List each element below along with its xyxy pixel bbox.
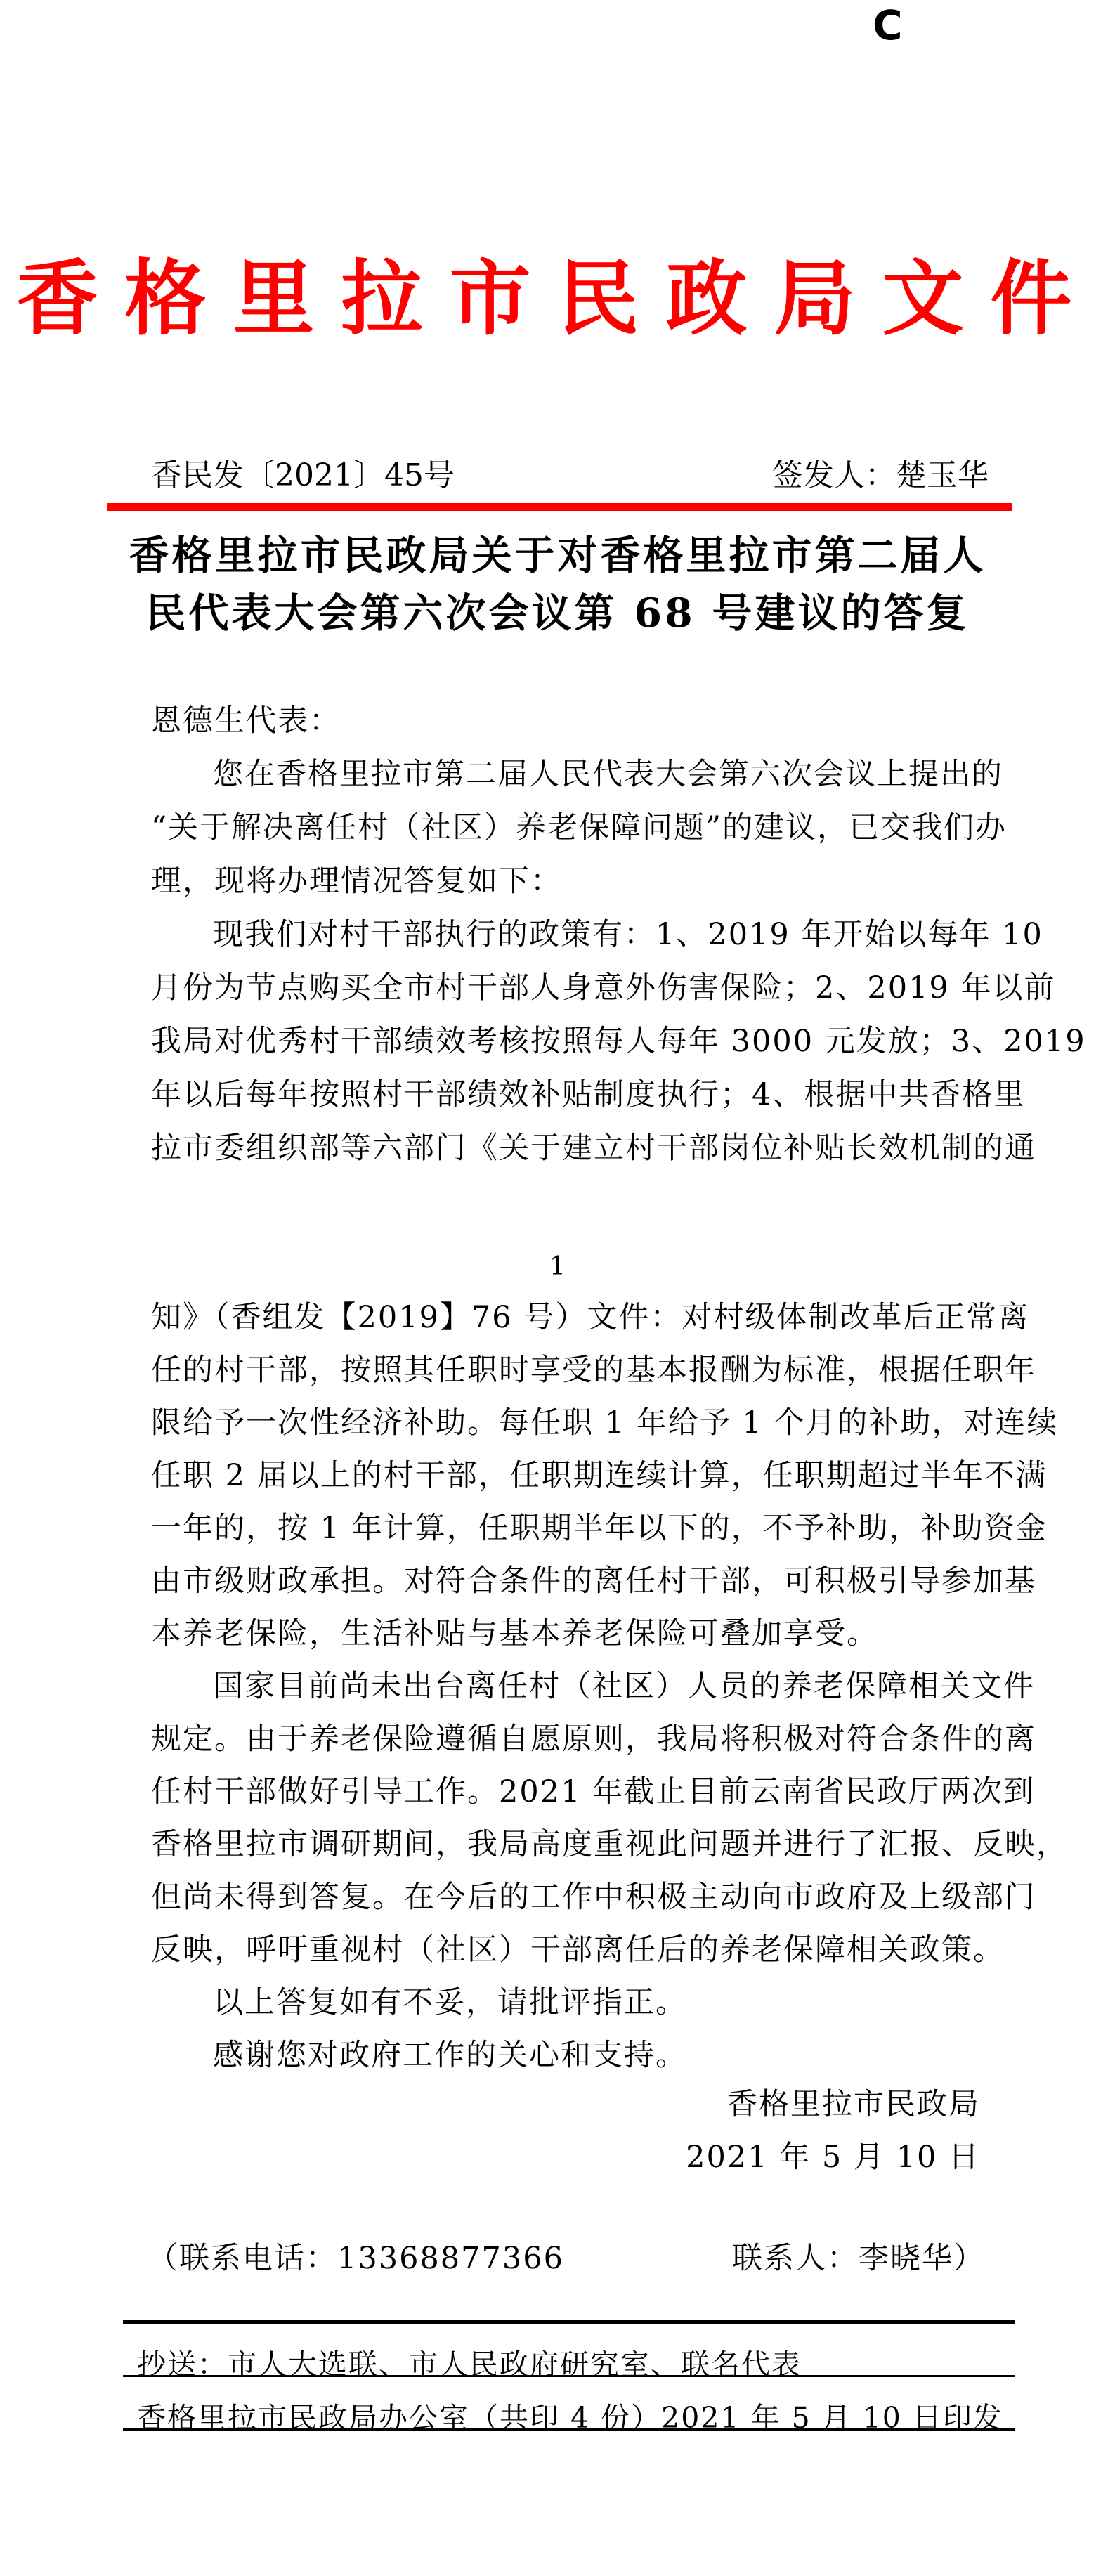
- body-line: 年以后每年按照村干部绩效补贴制度执行；4、根据中共香格里: [151, 1068, 987, 1121]
- body-line: 本养老保险，生活补贴与基本养老保险可叠加享受。: [151, 1608, 987, 1660]
- body-line: 感谢您对政府工作的关心和支持。: [151, 2029, 987, 2082]
- body-line: 任职 2 届以上的村干部，任职期连续计算，任职期超过半年不满: [151, 1450, 987, 1502]
- document-title: 香格里拉市民政局关于对香格里拉市第二届人 民代表大会第六次会议第 68 号建议的…: [0, 527, 1115, 642]
- page-number: 1: [0, 1252, 1115, 1281]
- document-title-line1: 香格里拉市民政局关于对香格里拉市第二届人: [0, 527, 1115, 585]
- body-line: 一年的，按 1 年计算，任职期半年以下的，不予补助，补助资金: [151, 1502, 987, 1555]
- body-line: 现我们对村干部执行的政策有：1、2019 年开始以每年 10: [151, 908, 987, 961]
- body-page1: 恩德生代表： 您在香格里拉市第二届人民代表大会第六次会议上提出的 “关于解决离任…: [151, 694, 987, 1175]
- document-page: C 香格里拉市民政局文件 香民发〔2021〕45号 签发人：楚玉华 香格里拉市民…: [0, 0, 1115, 2576]
- body-line: 我局对优秀村干部绩效考核按照每人每年 3000 元发放；3、2019: [151, 1015, 987, 1068]
- signature-block: 香格里拉市民政局 2021 年 5 月 10 日: [151, 2079, 980, 2184]
- doc-number: 香民发〔2021〕45号: [151, 450, 455, 495]
- body-line: 但尚未得到答复。在今后的工作中积极主动向市政府及上级部门: [151, 1871, 987, 1924]
- contact-phone: （联系电话：13368877366: [148, 2235, 564, 2277]
- body-line: 任的村干部，按照其任职时享受的基本报酬为标准，根据任职年: [151, 1344, 987, 1397]
- doc-number-row: 香民发〔2021〕45号 签发人：楚玉华: [151, 450, 989, 495]
- body-line: 限给予一次性经济补助。每任职 1 年给予 1 个月的补助，对连续: [151, 1397, 987, 1450]
- body-line: 国家目前尚未出台离任村（社区）人员的养老保障相关文件: [151, 1660, 987, 1713]
- org-letterhead-title: 香格里拉市民政局文件: [0, 233, 1115, 351]
- footer-rule-middle: [123, 2375, 1015, 2377]
- body-line: 知》（香组发【2019】76 号）文件：对村级体制改革后正常离: [151, 1292, 987, 1344]
- body-line: 由市级财政承担。对符合条件的离任村干部，可积极引导参加基: [151, 1555, 987, 1608]
- body-line: “关于解决离任村（社区）养老保障问题”的建议，已交我们办: [151, 801, 987, 854]
- body-line: 以上答复如有不妥，请批评指正。: [151, 1977, 987, 2029]
- signature-org: 香格里拉市民政局: [151, 2079, 980, 2131]
- contact-row: （联系电话：13368877366 联系人：李晓华）: [148, 2235, 985, 2277]
- body-page2: 知》（香组发【2019】76 号）文件：对村级体制改革后正常离 任的村干部，按照…: [151, 1292, 987, 2082]
- contact-person: 联系人：李晓华）: [732, 2235, 985, 2277]
- footer-rule-bottom: [123, 2428, 1015, 2431]
- body-line: 您在香格里拉市第二届人民代表大会第六次会议上提出的: [151, 748, 987, 801]
- body-line: 理，现将办理情况答复如下：: [151, 854, 987, 908]
- body-line: 恩德生代表：: [151, 694, 987, 748]
- red-divider-rule: [107, 503, 1012, 511]
- body-line: 月份为节点购买全市村干部人身意外伤害保险；2、2019 年以前: [151, 961, 987, 1015]
- issuer: 签发人：楚玉华: [772, 450, 989, 495]
- document-title-line2: 民代表大会第六次会议第 68 号建议的答复: [0, 585, 1115, 642]
- body-line: 反映，呼吁重视村（社区）干部离任后的养老保障相关政策。: [151, 1924, 987, 1977]
- body-line: 香格里拉市调研期间，我局高度重视此问题并进行了汇报、反映，: [151, 1819, 987, 1871]
- body-line: 拉市委组织部等六部门《关于建立村干部岗位补贴长效机制的通: [151, 1121, 987, 1175]
- footer-rule-top: [123, 2320, 1015, 2324]
- signature-date: 2021 年 5 月 10 日: [151, 2131, 980, 2184]
- body-line: 任村干部做好引导工作。2021 年截止目前云南省民政厅两次到: [151, 1766, 987, 1819]
- corner-mark: C: [873, 1, 903, 49]
- body-line: 规定。由于养老保险遵循自愿原则，我局将积极对符合条件的离: [151, 1713, 987, 1766]
